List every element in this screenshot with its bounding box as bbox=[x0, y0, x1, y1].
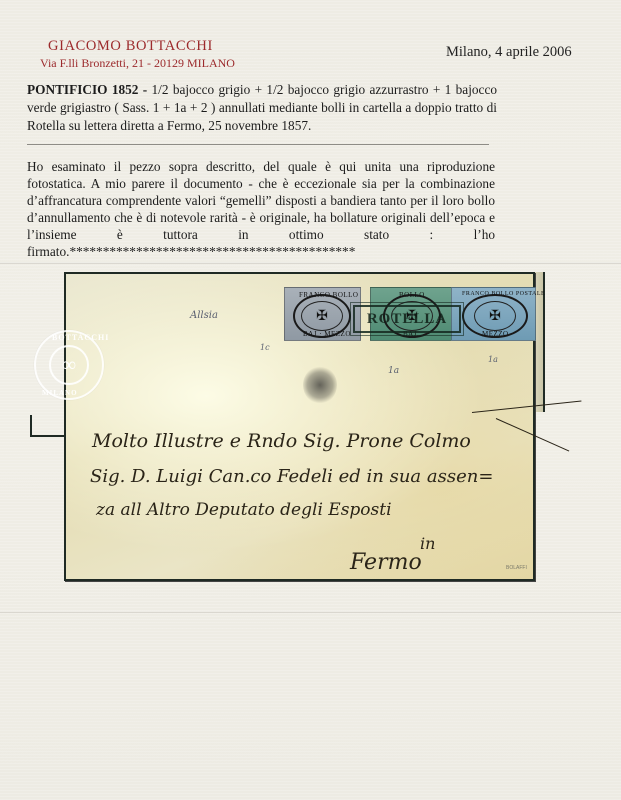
pencil-note: 1c bbox=[260, 343, 270, 352]
pencil-note: 1a bbox=[388, 366, 399, 376]
expert-opinion: Ho esaminato il pezzo sopra descritto, d… bbox=[27, 158, 495, 260]
fold-line bbox=[0, 262, 621, 264]
address-line-3: za all Altro Deputato degli Esposti bbox=[96, 500, 392, 520]
postmark-smudge bbox=[303, 366, 337, 404]
expert-mark: BOLAFFI bbox=[506, 565, 527, 571]
pencil-note: Allsia bbox=[190, 310, 218, 321]
address-line-2: Sig. D. Luigi Can.co Fedeli ed in sua as… bbox=[90, 466, 493, 487]
fold-line bbox=[0, 611, 621, 613]
stamp-half-bajocco-grey: ✠ FRANCO BOLLO BAJ · MEZZO bbox=[284, 287, 361, 341]
item-title: PONTIFICIO 1852 - bbox=[27, 82, 147, 97]
stamp-top-text: FRANCO BOLLO bbox=[299, 291, 358, 299]
stamp-bottom-text: BAJ · MEZZO bbox=[303, 330, 351, 338]
address-line-1: Molto Illustre e Rndo Sig. Prone Colmo bbox=[92, 430, 471, 452]
address-city: Fermo bbox=[350, 550, 422, 575]
divider bbox=[27, 144, 489, 145]
stamp-bottom-text: MEZZO bbox=[482, 330, 509, 338]
certificate-date: Milano, 4 aprile 2006 bbox=[446, 44, 572, 61]
issuer-name: GIACOMO BOTTACCHI bbox=[48, 38, 213, 55]
letter-flap-left bbox=[30, 415, 68, 437]
stamp-top-text: BOLLO bbox=[399, 291, 425, 299]
rotella-cancel: ROTELLA bbox=[353, 305, 461, 333]
knot-icon: ∞ bbox=[49, 345, 89, 385]
issuer-address: Via F.lli Bronzetti, 21 - 20129 MILANO bbox=[40, 56, 235, 71]
address-line-4: in bbox=[420, 534, 435, 553]
stamp-top-text: FRANCO BOLLO POSTALE bbox=[462, 291, 545, 297]
seal-text-top: BOTTACCHI bbox=[52, 333, 109, 342]
seal-text-bottom: MILANO bbox=[42, 389, 78, 397]
pencil-note: 1a bbox=[488, 355, 498, 364]
stamp-half-bajocco-blue-grey: ✠ FRANCO BOLLO POSTALE MEZZO bbox=[451, 287, 536, 341]
item-description: PONTIFICIO 1852 - 1/2 bajocco grigio + 1… bbox=[27, 81, 497, 135]
